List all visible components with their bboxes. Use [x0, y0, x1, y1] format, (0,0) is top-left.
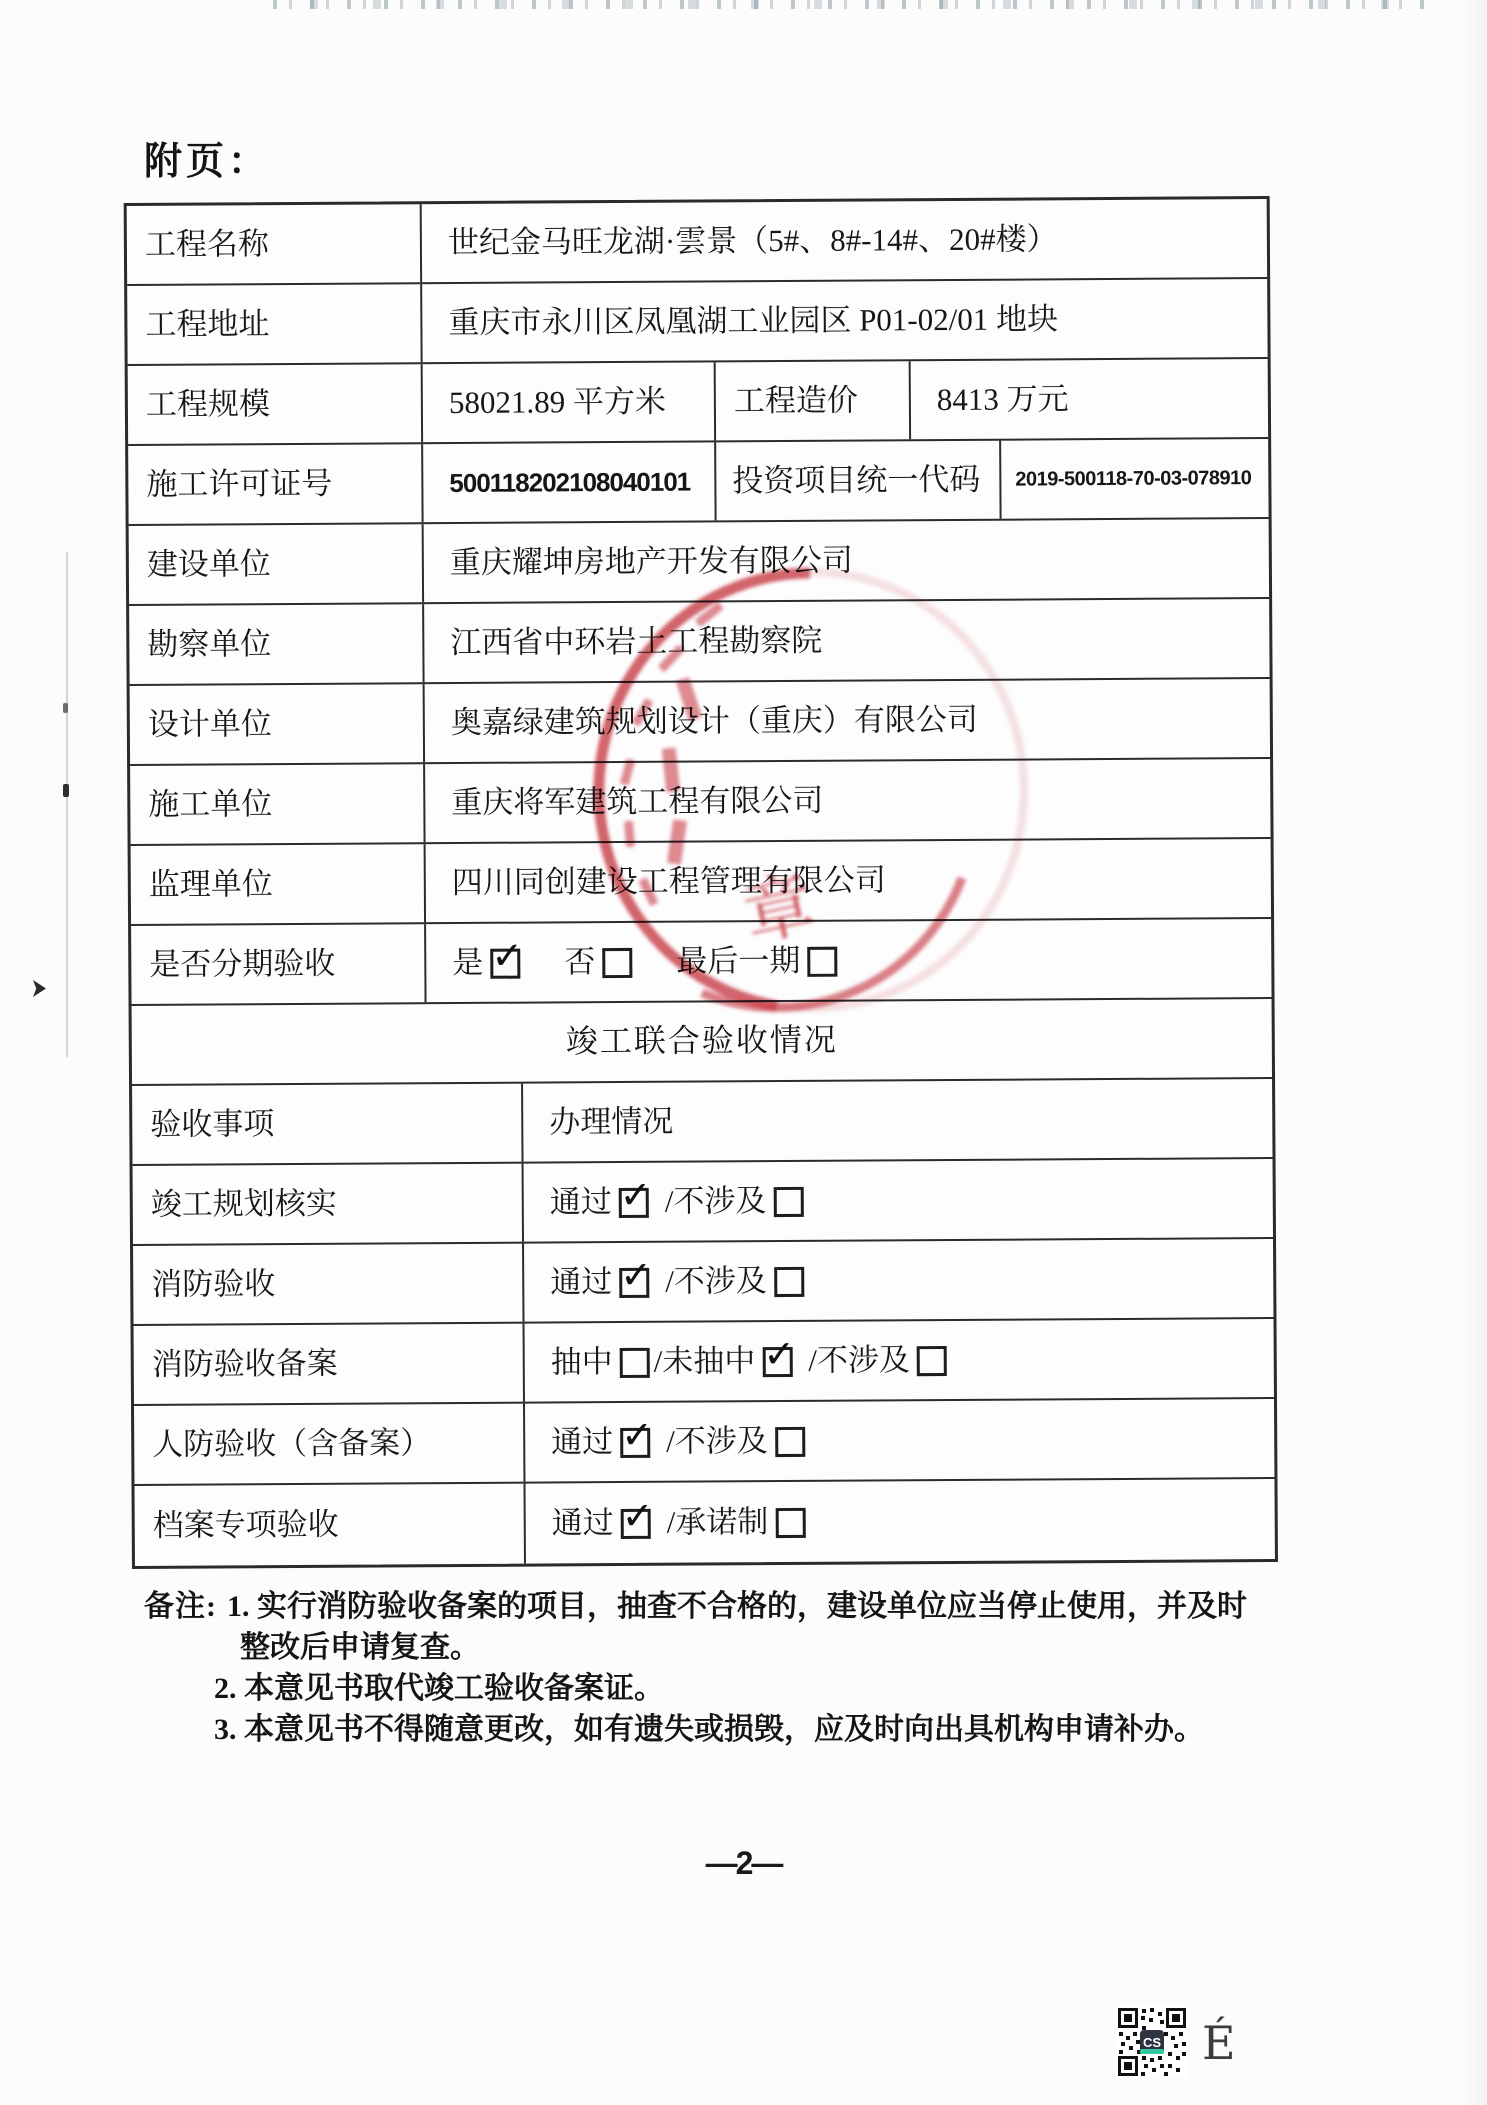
option-commitment: /承诺制	[667, 1505, 806, 1540]
row-label: 工程名称	[127, 204, 422, 284]
row-label: 施工单位	[130, 764, 425, 844]
row-label: 监理单位	[131, 844, 426, 924]
checkbox	[620, 1428, 650, 1458]
option-not-involved: /不涉及	[665, 1184, 804, 1219]
row-label: 施工许可证号	[128, 444, 423, 524]
option-pass: 通过	[552, 1506, 651, 1541]
option-last-phase: 最后一期	[676, 944, 837, 979]
page-number: —2—	[0, 1845, 1487, 1882]
checkbox	[807, 947, 837, 977]
row-label: 竣工规划核实	[133, 1164, 524, 1244]
option-label: 否	[564, 945, 595, 979]
option-pass: 通过	[550, 1265, 649, 1300]
row-value: 重庆将军建筑工程有限公司	[425, 759, 1270, 842]
row-value: 58021.89 平方米	[423, 362, 716, 442]
qr-code: CS	[1116, 2006, 1188, 2078]
row-value: 2019-500118-70-03-078910	[1001, 439, 1268, 519]
row-label: 消防验收	[133, 1244, 524, 1324]
section-title: 竣工联合验收情况	[132, 999, 1272, 1084]
column-header: 办理情况	[523, 1079, 1272, 1162]
option-label: 抽中	[551, 1345, 613, 1379]
row-value: 四川同创建设工程管理有限公司	[426, 839, 1271, 922]
checkbox	[762, 1347, 792, 1377]
table-row-project-name: 工程名称 世纪金马旺龙湖·雲景（5#、8#-14#、20#楼）	[127, 199, 1267, 286]
note-text: 3. 本意见书不得随意更改，如有遗失或损毁，应及时向出具机构申请补办。	[214, 1709, 1359, 1750]
qr-code-image: CS	[1116, 2006, 1188, 2078]
row-value: 通过 /承诺制	[525, 1479, 1274, 1564]
option-pass: 通过	[550, 1185, 649, 1220]
scan-artifact-top-edge	[255, 0, 1425, 9]
option-label: 通过	[552, 1506, 614, 1540]
checkbox	[621, 1509, 651, 1539]
row-label: 建设单位	[129, 524, 424, 604]
scanned-document-page: { "page": { "title": "附页：", "page_number…	[0, 0, 1487, 2105]
row-value: 通过 /不涉及	[524, 1159, 1273, 1242]
option-label: /不涉及	[665, 1184, 767, 1219]
scan-artifact-left-line	[66, 552, 68, 1057]
option-not-sampled: /未抽中	[654, 1344, 793, 1379]
checkbox	[917, 1346, 947, 1376]
checkbox	[619, 1268, 649, 1298]
table-row-acceptance-header: 验收事项 办理情况	[132, 1079, 1272, 1166]
table-row-owner-unit: 建设单位 重庆耀坤房地产开发有限公司	[129, 519, 1269, 606]
option-label: /不涉及	[808, 1343, 910, 1378]
row-value: 抽中 /未抽中 /不涉及	[525, 1319, 1274, 1402]
checkbox	[773, 1187, 803, 1217]
scan-artifact-dot	[63, 703, 68, 713]
option-pass: 通过	[551, 1425, 650, 1460]
option-sampled: 抽中	[551, 1345, 650, 1380]
row-value: 8413 万元	[911, 359, 1268, 439]
svg-text:CS: CS	[1143, 2035, 1161, 2050]
table-row-design-unit: 设计单位 奥嘉绿建筑规划设计（重庆）有限公司	[130, 679, 1270, 766]
row-value: 世纪金马旺龙湖·雲景（5#、8#-14#、20#楼）	[422, 199, 1267, 282]
column-header: 验收事项	[132, 1084, 523, 1164]
table-row-project-address: 工程地址 重庆市永川区凤凰湖工业园区 P01-02/01 地块	[127, 279, 1267, 366]
checkbox	[775, 1427, 805, 1457]
page-title: 附页：	[144, 130, 270, 185]
row-value: 江西省中环岩土工程勘察院	[424, 599, 1269, 682]
note-text-continued: 整改后申请复查。	[240, 1627, 1359, 1668]
table-row-supervision-unit: 监理单位 四川同创建设工程管理有限公司	[131, 839, 1271, 926]
row-label: 是否分期验收	[131, 924, 426, 1004]
row-label: 工程规模	[128, 364, 423, 444]
row-value: 500118202108040101	[423, 442, 716, 522]
row-value: 通过 /不涉及	[525, 1399, 1274, 1482]
project-info-table: 工程名称 世纪金马旺龙湖·雲景（5#、8#-14#、20#楼） 工程地址 重庆市…	[124, 196, 1278, 1569]
checkbox	[619, 1188, 649, 1218]
option-yes: 是	[452, 946, 520, 981]
option-label: 最后一期	[676, 944, 800, 979]
option-label: /未抽中	[654, 1344, 756, 1379]
table-row-civil-defense: 人防验收（含备案） 通过 /不涉及	[134, 1399, 1274, 1486]
notes-section: 备注: 1. 实行消防验收备案的项目，抽查不合格的，建设单位应当停止使用，并及时…	[144, 1586, 1359, 1750]
option-label: 是	[452, 946, 483, 980]
option-label: 通过	[550, 1185, 612, 1219]
row-label: 工程地址	[127, 284, 422, 364]
table-row-builder-unit: 施工单位 重庆将军建筑工程有限公司	[130, 759, 1270, 846]
row-value: 通过 /不涉及	[524, 1239, 1273, 1322]
table-row-archives: 档案专项验收 通过 /承诺制	[134, 1479, 1274, 1566]
table-section-header: 竣工联合验收情况	[132, 999, 1272, 1086]
row-label: 设计单位	[130, 684, 425, 764]
row-value: 奥嘉绿建筑规划设计（重庆）有限公司	[425, 679, 1270, 762]
row-label: 投资项目统一代码	[716, 441, 1001, 521]
table-row-survey-unit: 勘察单位 江西省中环岩土工程勘察院	[129, 599, 1269, 686]
note-text: 1. 实行消防验收备案的项目，抽查不合格的，建设单位应当停止使用，并及时	[227, 1586, 1247, 1627]
table-row-fire-acceptance: 消防验收 通过 /不涉及	[133, 1239, 1273, 1326]
table-row-permit-code: 施工许可证号 500118202108040101 投资项目统一代码 2019-…	[128, 439, 1268, 526]
row-label: 消防验收备案	[134, 1324, 525, 1404]
table-row-fire-filing: 消防验收备案 抽中 /未抽中 /不涉及	[134, 1319, 1274, 1406]
option-label: 通过	[550, 1265, 612, 1299]
option-label: /承诺制	[667, 1505, 769, 1540]
table-row-planning-check: 竣工规划核实 通过 /不涉及	[133, 1159, 1273, 1246]
option-not-involved: /不涉及	[808, 1343, 947, 1378]
option-not-involved: /不涉及	[666, 1424, 805, 1459]
table-row-scale-cost: 工程规模 58021.89 平方米 工程造价 8413 万元	[128, 359, 1268, 446]
table-row-phased-acceptance: 是否分期验收 是 否 最后一期	[131, 919, 1271, 1006]
checkbox	[490, 949, 520, 979]
row-label: 档案专项验收	[134, 1484, 525, 1566]
scan-artifact-mark	[33, 980, 46, 997]
option-label: /不涉及	[666, 1424, 768, 1459]
qr-cs-logo: CS	[1140, 2030, 1164, 2054]
row-label: 勘察单位	[129, 604, 424, 684]
row-label: 工程造价	[716, 361, 911, 440]
scan-artifact-dot	[63, 784, 69, 797]
row-label: 人防验收（含备案）	[134, 1404, 525, 1484]
option-not-involved: /不涉及	[665, 1264, 804, 1299]
qr-side-label: É	[1202, 2016, 1236, 2070]
note-line: 备注: 1. 实行消防验收备案的项目，抽查不合格的，建设单位应当停止使用，并及时	[144, 1586, 1359, 1627]
checkbox	[620, 1348, 650, 1378]
notes-label: 备注:	[144, 1586, 217, 1627]
option-label: 通过	[551, 1425, 613, 1459]
option-label: /不涉及	[665, 1264, 767, 1299]
row-value: 重庆市永川区凤凰湖工业园区 P01-02/01 地块	[422, 279, 1267, 362]
checkbox	[774, 1267, 804, 1297]
row-value: 重庆耀坤房地产开发有限公司	[424, 519, 1269, 602]
option-no: 否	[564, 945, 632, 980]
row-value: 是 否 最后一期	[426, 919, 1271, 1002]
scan-artifact-right-shade	[1461, 0, 1487, 2105]
checkbox	[602, 948, 632, 978]
checkbox	[775, 1508, 805, 1538]
note-text: 2. 本意见书取代竣工验收备案证。	[214, 1668, 1359, 1709]
